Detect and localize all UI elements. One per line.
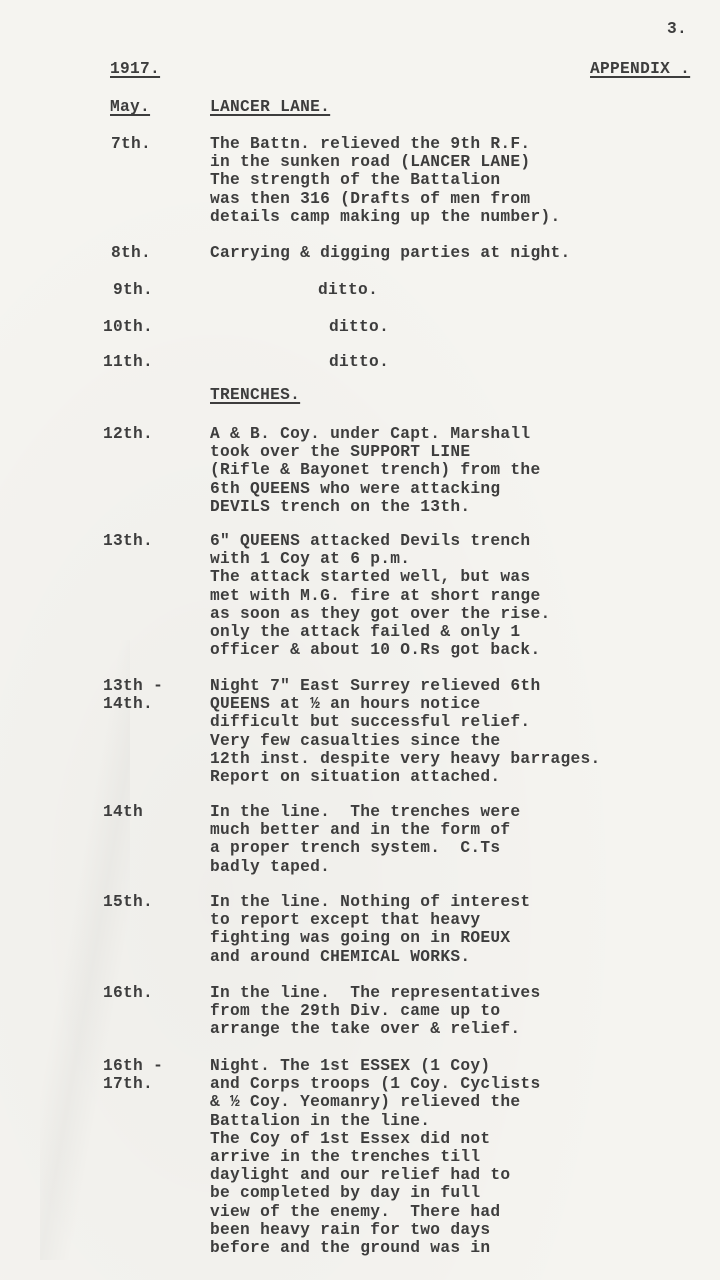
entry-text: ditto. (329, 353, 389, 371)
entry-date: 11th. (103, 353, 153, 371)
entry-text: ditto. (318, 281, 378, 299)
year-heading: 1917. (110, 60, 160, 78)
entry-date: 15th. (103, 893, 153, 911)
entry-text: ditto. (329, 318, 389, 336)
entry-date: 13th. (103, 532, 153, 550)
entry-date: 8th. (111, 244, 151, 262)
page-number: 3. (667, 20, 687, 38)
month-heading: May. (110, 98, 150, 116)
entry-text: Carrying & digging parties at night. (210, 244, 571, 262)
entry-date: 10th. (103, 318, 153, 336)
entry-text: 6" QUEENS attacked Devils trench with 1 … (210, 532, 550, 659)
entry-text: The Battn. relieved the 9th R.F. in the … (210, 135, 561, 226)
entry-date: 13th - 14th. (103, 677, 163, 713)
appendix-label: APPENDIX . (590, 60, 690, 78)
appendix-heading: APPENDIX . (590, 60, 690, 78)
entry-date: 9th. (113, 281, 153, 299)
entry-date: 16th - 17th. (103, 1057, 163, 1093)
entry-date: 7th. (111, 135, 151, 153)
section-title-trenches: TRENCHES. (210, 386, 300, 404)
entry-text: In the line. The representatives from th… (210, 984, 540, 1039)
entry-text: Night 7" East Surrey relieved 6th QUEENS… (210, 677, 601, 786)
entry-date: 12th. (103, 425, 153, 443)
paper-crease (40, 640, 130, 1260)
entry-date: 14th (103, 803, 143, 821)
entry-text: In the line. Nothing of interest to repo… (210, 893, 530, 966)
section-title-lancer-lane: LANCER LANE. (210, 98, 330, 116)
entry-text: In the line. The trenches were much bett… (210, 803, 520, 876)
entry-text: Night. The 1st ESSEX (1 Coy) and Corps t… (210, 1057, 540, 1257)
entry-text: A & B. Coy. under Capt. Marshall took ov… (210, 425, 540, 516)
document-page: 3. 1917. APPENDIX . May. LANCER LANE. 7t… (0, 0, 720, 1280)
entry-date: 16th. (103, 984, 153, 1002)
